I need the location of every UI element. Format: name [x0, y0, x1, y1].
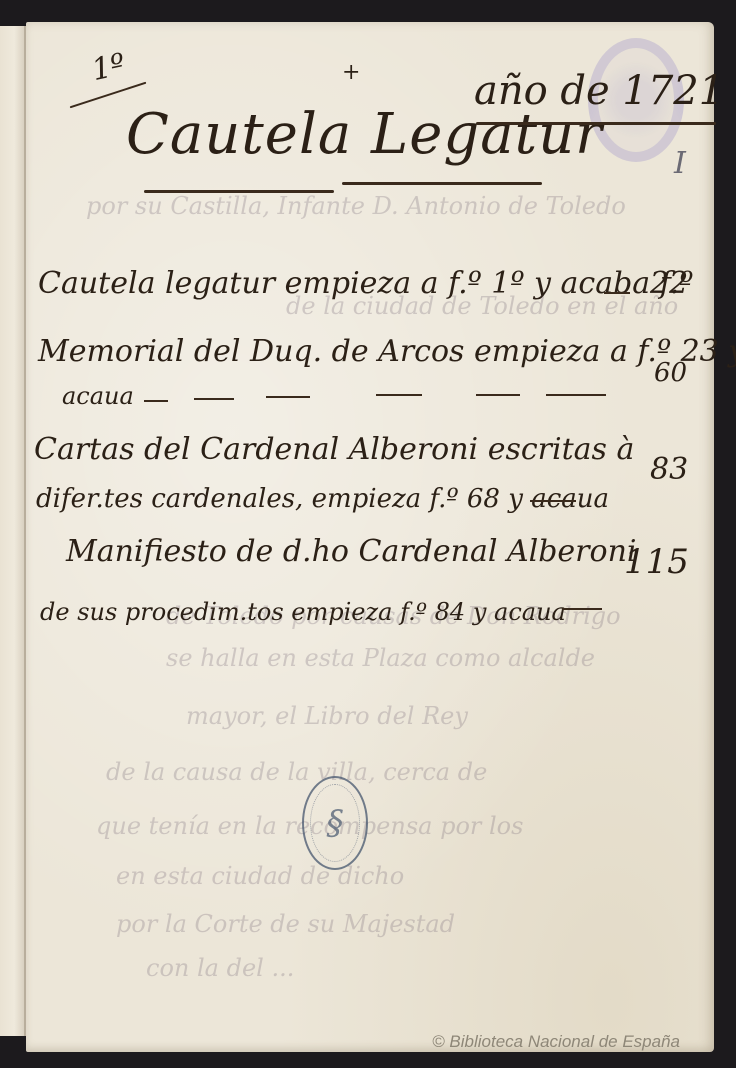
title-underline-left: [144, 190, 334, 193]
bleed-through-line: en esta ciudad de dicho: [116, 862, 404, 890]
bleed-through-line: por su Castilla, Infante D. Antonio de T…: [86, 192, 626, 220]
bleed-through-line: por la Corte de su Majestad: [116, 910, 455, 938]
index-entry-4-page: 115: [624, 542, 689, 582]
biblioteca-nacional-stamp: §: [302, 776, 368, 870]
document-viewer: por su Castilla, Infante D. Antonio de T…: [0, 0, 736, 1068]
title-underline-right: [342, 182, 542, 185]
leader-dash: [562, 608, 602, 610]
leader-dash: [144, 400, 168, 402]
index-entry-3: Cartas del Cardenal Alberoni escritas à: [34, 432, 634, 467]
folio-mark: I: [674, 146, 686, 181]
cross-mark: +: [342, 60, 360, 85]
year-underline: [476, 122, 716, 125]
leader-dash: [194, 398, 234, 400]
index-entry-2: Memorial del Duq. de Arcos empieza a f.º…: [38, 334, 736, 369]
bleed-through-line: mayor, el Libro del Rey: [186, 702, 468, 730]
corner-mark: 1º: [89, 47, 129, 88]
index-entry-2-page: 60: [654, 358, 687, 388]
index-entry-4-cont: de sus procedim.tos empieza f.º 84 y aca…: [40, 598, 566, 626]
stamp-monogram-icon: §: [327, 803, 344, 843]
leader-dash: [476, 394, 520, 396]
index-entry-1: Cautela legatur empieza a f.º 1º y acaba…: [38, 266, 693, 301]
index-entry-1-page: 22: [650, 266, 688, 301]
bleed-through-line: de la causa de la villa, cerca de: [106, 758, 487, 786]
index-entry-3-page: 83: [650, 452, 688, 487]
index-entry-3-cont: difer.tes cardenales, empieza f.º 68 y a…: [36, 484, 609, 514]
leader-dash: [546, 394, 606, 396]
copyright-notice: © Biblioteca Nacional de España: [432, 1032, 680, 1052]
manuscript-page: por su Castilla, Infante D. Antonio de T…: [26, 22, 714, 1052]
index-entry-4: Manifiesto de d.ho Cardenal Alberoni: [66, 534, 637, 569]
year-note: año de 1721: [474, 68, 724, 114]
leader-dash: [376, 394, 422, 396]
bleed-through-line: se halla en esta Plaza como alcalde: [166, 644, 595, 672]
leader-dash: [266, 396, 310, 398]
leader-dash: [530, 500, 576, 502]
bleed-through-line: con la del ...: [146, 954, 294, 982]
previous-leaf-edge: [0, 26, 26, 1036]
index-entry-2-cont: acaua: [62, 382, 134, 410]
leader-dash: [604, 292, 630, 294]
